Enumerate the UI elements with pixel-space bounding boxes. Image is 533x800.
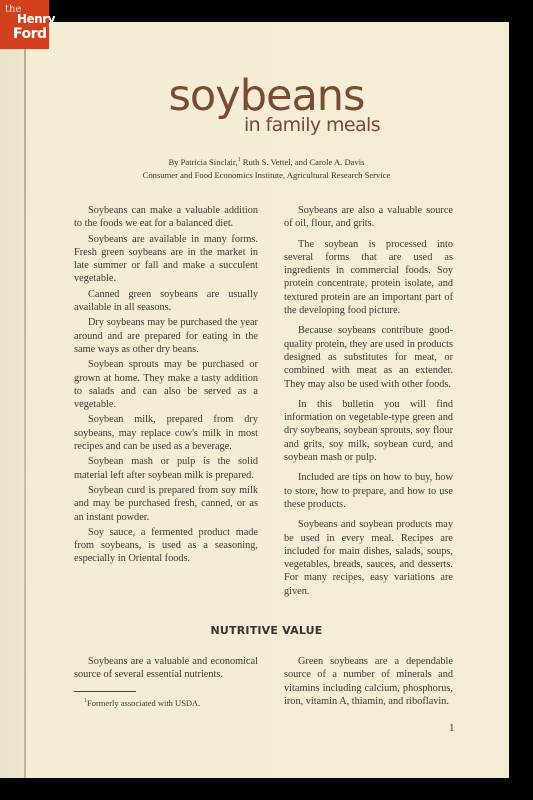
logo-ford: Ford	[13, 26, 47, 42]
henry-ford-logo: the Henry Ford	[0, 0, 49, 49]
paragraph: Soy sauce, a fermented product made from…	[74, 526, 258, 566]
left-column: Soybeans can make a valuable addition to…	[74, 204, 258, 568]
paragraph: Soybeans are a valuable and economical s…	[74, 655, 258, 682]
paragraph: Soybeans and soybean products may be use…	[284, 518, 453, 598]
footnote-divider	[74, 691, 136, 692]
paragraph: Soybeans are also a valuable source of o…	[284, 204, 453, 231]
section-heading-nutritive-value: NUTRITIVE VALUE	[0, 624, 533, 637]
logo-henry: Henry	[17, 12, 55, 26]
page-fold-line	[24, 28, 26, 778]
footnote: 1Formerly associated with USDA.	[84, 698, 200, 708]
paragraph: Because soybeans contribute good-quality…	[284, 324, 453, 390]
byline-affiliation: Consumer and Food Economics Institute, A…	[0, 169, 533, 182]
author-others: Ruth S. Vettel, and Carole A. Davis	[241, 157, 365, 167]
paragraph: In this bulletin you will find informati…	[284, 398, 453, 464]
paragraph: Dry soybeans may be purchased the year a…	[74, 316, 258, 356]
paragraph: Soybean mash or pulp is the solid materi…	[74, 455, 258, 482]
paragraph: Soybean curd is prepared from soy milk a…	[74, 484, 258, 524]
paragraph: Soybean milk, prepared from dry soybeans…	[74, 413, 258, 453]
footnote-text: Formerly associated with USDA.	[87, 698, 200, 708]
nutritive-left-column: Soybeans are a valuable and economical s…	[74, 655, 258, 682]
right-column: Soybeans are also a valuable source of o…	[284, 204, 453, 605]
paragraph: Canned green soybeans are usually availa…	[74, 288, 258, 315]
paragraph: Green soybeans are a dependable source o…	[284, 655, 453, 708]
paragraph: Soybean sprouts may be purchased or grow…	[74, 358, 258, 411]
document-subtitle: in family meals	[220, 114, 380, 136]
author-primary: By Patricia Sinclair,	[168, 157, 237, 167]
byline-authors: By Patricia Sinclair,1 Ruth S. Vettel, a…	[0, 154, 533, 169]
paragraph: The soybean is processed into several fo…	[284, 238, 453, 318]
nutritive-right-column: Green soybeans are a dependable source o…	[284, 655, 453, 708]
document-title: soybeans	[0, 72, 533, 120]
page-number: 1	[449, 722, 455, 734]
paragraph: Included are tips on how to buy, how to …	[284, 471, 453, 511]
paragraph: Soybeans are available in many forms. Fr…	[74, 233, 258, 286]
paragraph: Soybeans can make a valuable addition to…	[74, 204, 258, 231]
byline: By Patricia Sinclair,1 Ruth S. Vettel, a…	[0, 154, 533, 182]
